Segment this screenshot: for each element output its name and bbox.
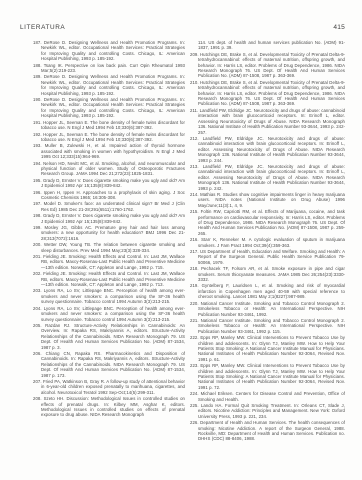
reference-number: 226. (190, 420, 200, 425)
reference-entry: 212. Landfield PW, Eldridge JC. Neurotox… (190, 136, 345, 163)
reference-number: 187. (33, 40, 44, 45)
reference-number: 212. (190, 136, 203, 141)
reference-entry: 217. US Department of Health, Education … (190, 249, 345, 265)
reference-number: 204. (33, 306, 44, 311)
reference-columns: 187. DeRose D. Designing Wellness and He… (33, 40, 345, 443)
reference-entry: 189. DeRose D. Designing Wellness and He… (33, 74, 185, 96)
reference-entry: 226. Department of Health and Human Serv… (190, 420, 345, 442)
reference-number: 194. (33, 161, 43, 166)
reference-entry: 197. Model D. Smoker's face: an underrat… (33, 201, 185, 212)
reference-number: 202. (33, 271, 43, 276)
reference-number: 196. (33, 190, 44, 195)
reference-number: 222. (190, 335, 200, 340)
reference-entry: 205. Razdan RJ. Structure-Activity Relat… (33, 323, 185, 350)
reference-entry: 221. National Cancer Institute. Smoking … (190, 318, 345, 334)
reference-number: 206. (33, 351, 46, 356)
reference-entry: 190. DeRose D. Designing Wellness and He… (33, 97, 185, 119)
reference-number: 219. (190, 283, 202, 288)
reference-entry: 195. Grady D, Ernster V. Does cigarette … (33, 178, 185, 189)
reference-continuation: 114. US dept. of health and human servic… (190, 40, 345, 51)
reference-entry: 191. Hopper JL, Seeman E. The bone densi… (33, 120, 185, 131)
reference-entry: 201. Fielding JE. Smoking: Health Effect… (33, 254, 185, 270)
reference-number: 214. (190, 192, 200, 197)
reference-number: 211. (190, 108, 200, 113)
reference-number: 191. (33, 120, 43, 125)
reference-entry: 207. Fried PA, Watkinson B, Gray R. A fo… (33, 379, 185, 395)
reference-entry: 202. Fielding JE. Smoking: Health Effect… (33, 271, 185, 287)
reference-entry: 218. Pechacek TF, Folsom AR, et al. Smok… (190, 266, 345, 282)
reference-entry: 211. Landfield PW, Eldridge JC. Neurotox… (190, 108, 345, 135)
reference-entry: 223. Epps RP, Manley MW. Clinical Interv… (190, 363, 345, 390)
scanned-page: LITERATURA 415 187. DeRose D. Designing … (0, 0, 362, 480)
reference-entry: 193. Muller B, Zulewski H, et al. Impair… (33, 143, 185, 159)
reference-number: 220. (190, 301, 201, 306)
reference-number: 192. (33, 132, 43, 137)
reference-number: 205. (33, 323, 45, 328)
reference-entry: 208. Szeto HH. Discussion: Methodologica… (33, 396, 185, 418)
references-column-right: 114. US dept. of health and human servic… (190, 40, 345, 443)
reference-entry: 203. Lyons RA, Lo SV, Littlepage BNC. Pe… (33, 288, 185, 304)
reference-number: 225. (190, 403, 201, 408)
reference-entry: 224. Michael Eriksen. Centers for Diseas… (190, 391, 345, 402)
reference-number: 189. (33, 74, 44, 79)
reference-number: 188. (33, 63, 44, 68)
reference-number: 198. (33, 213, 43, 218)
reference-number: 223. (190, 363, 200, 368)
references-column-left: 187. DeRose D. Designing Wellness and He… (33, 40, 185, 443)
page-number: 415 (333, 24, 345, 31)
reference-entry: 213. Landfield PW, Eldridge JC. Neurotox… (190, 164, 345, 191)
reference-number: 208. (33, 396, 44, 401)
reference-number: 195. (33, 178, 43, 183)
reference-entry: 200. Wetter DW, Young TB. The relation b… (33, 242, 185, 253)
reference-entry: 199. Mosley JG, Gibbs AC. Premature grey… (33, 225, 185, 241)
reference-entry: 214. Mathias R. Studies show cognitive i… (190, 192, 345, 208)
reference-entry: 225. Lando HA. Formal Quit Smoking Treat… (190, 403, 345, 419)
reference-entry: 196. Ippen H, Ippen H. Approaches to a p… (33, 190, 185, 201)
reference-entry: 216. Starr K, Renneker M. A cytologic ev… (190, 237, 345, 248)
reference-number: 216. (190, 237, 201, 242)
reference-number: 217. (190, 249, 200, 254)
reference-number: 210. (190, 80, 200, 85)
reference-entry: 209. Hutchings DE, Brake S, et al. Devel… (190, 52, 345, 79)
reference-entry: 187. DeRose D. Designing Wellness and He… (33, 40, 185, 62)
reference-number: 190. (33, 97, 44, 102)
reference-entry: 194. Nelson HD, Nevitt MC, et al. Smokin… (33, 161, 185, 177)
reference-number: 213. (190, 164, 203, 169)
running-head: LITERATURA 415 (20, 24, 345, 31)
page-title: LITERATURA (20, 24, 65, 31)
reference-number: 221. (190, 318, 201, 323)
reference-number: 199. (33, 225, 44, 230)
reference-number: 207. (33, 379, 43, 384)
reference-number: 209. (190, 52, 200, 57)
reference-entry: 215. Foltin RW, Capriotti RM, et al. Eff… (190, 209, 345, 236)
reference-entry: 219. Gyntelberg F, Lauridsen L, et al. S… (190, 283, 345, 299)
reference-entry: 198. Grady D, Ernster V. Does cigarette … (33, 213, 185, 224)
reference-number: 203. (33, 288, 44, 293)
reference-entry: 222. Epps RP, Manley MW. Clinical Interv… (190, 335, 345, 362)
reference-entry: 204. Lyons RA, Lo SV, Littlepage BNC. Pe… (33, 306, 185, 322)
reference-entry: 188. Tsang IK. Perspective on low back p… (33, 63, 185, 74)
reference-number: 224. (190, 391, 201, 396)
reference-number: 197. (33, 201, 44, 206)
reference-entry: 210. Hutchings DE, Brake S, et al. Devel… (190, 80, 345, 107)
reference-number: 201. (33, 254, 43, 259)
reference-entry: 192. Hopper JL, Seeman E. The bone densi… (33, 132, 185, 143)
reference-number: 215. (190, 209, 201, 214)
reference-entry: 220. National Cancer Institute. Smoking … (190, 301, 345, 317)
reference-number: 218. (190, 266, 201, 271)
reference-entry: 206. Chiang CN, Rapaka RS. Pharmacokinet… (33, 351, 185, 378)
reference-number: 200. (33, 242, 44, 247)
reference-number: 193. (33, 143, 45, 148)
